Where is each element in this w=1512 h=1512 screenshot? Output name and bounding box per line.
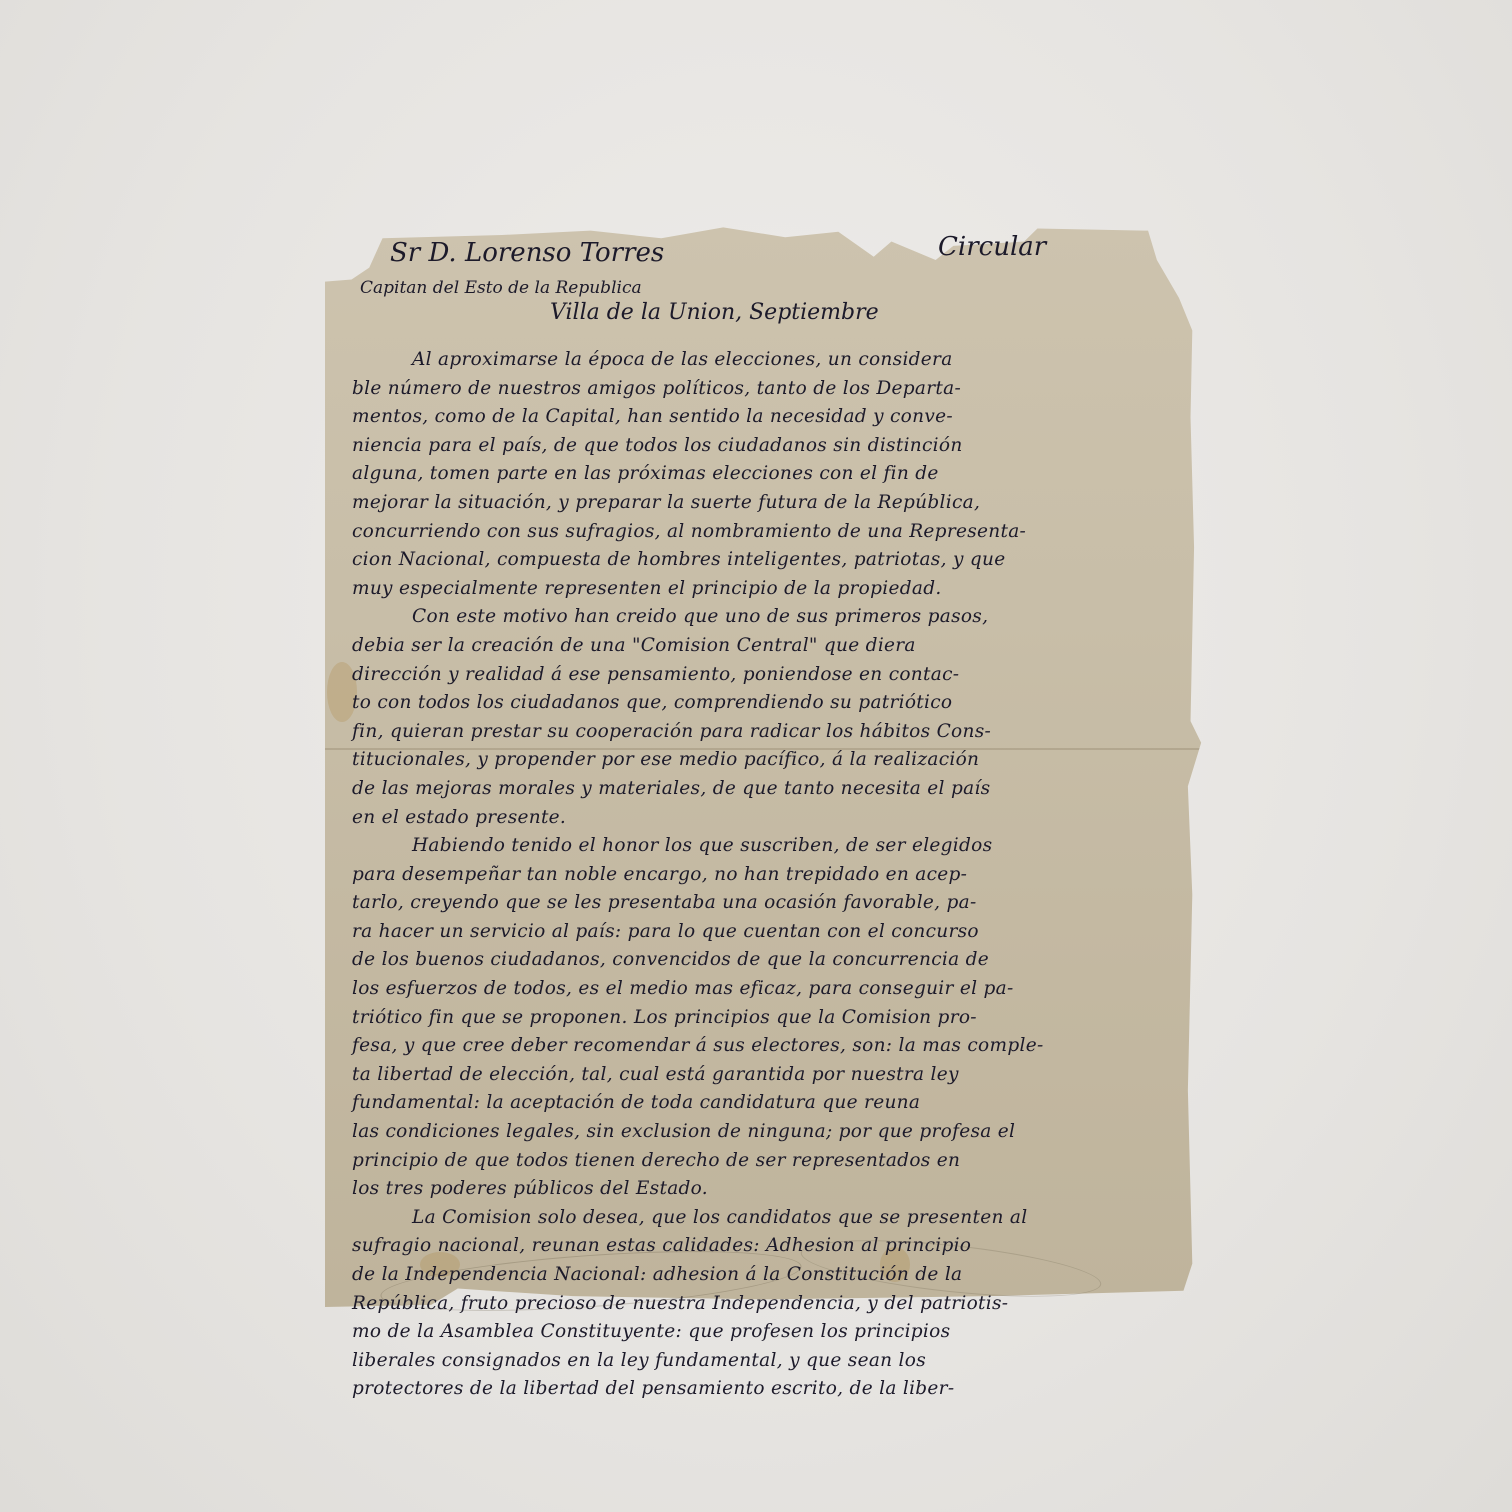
body-line: protectores de la libertad del pensamien…	[352, 1375, 1202, 1404]
body-line: de los buenos ciudadanos, convencidos de…	[352, 946, 1202, 975]
body-line: titucionales, y propender por ese medio …	[352, 746, 1202, 775]
body-line: concurriendo con sus sufragios, al nombr…	[352, 518, 1202, 547]
body-line: liberales consignados en la ley fundamen…	[352, 1347, 1202, 1376]
body-line: los esfuerzos de todos, es el medio mas …	[352, 975, 1202, 1004]
body-line: dirección y realidad á ese pensamiento, …	[352, 661, 1202, 690]
body-line: ra hacer un servicio al país: para lo qu…	[352, 918, 1202, 947]
body-line: Con este motivo han creido que uno de su…	[352, 603, 1202, 632]
body-line: mentos, como de la Capital, han sentido …	[352, 403, 1202, 432]
body-line: los tres poderes públicos del Estado.	[352, 1175, 1202, 1204]
place-date-line: Villa de la Union, Septiembre	[550, 300, 879, 325]
body-line: fesa, y que cree deber recomendar á sus …	[352, 1032, 1202, 1061]
body-line: mejorar la situación, y preparar la suer…	[352, 489, 1202, 518]
circular-label: Circular	[938, 232, 1046, 262]
body-line: de las mejoras morales y materiales, de …	[352, 775, 1202, 804]
addressee-name: Sr D. Lorenso Torres	[390, 238, 664, 268]
body-line: to con todos los ciudadanos que, compren…	[352, 689, 1202, 718]
body-line: niencia para el país, de que todos los c…	[352, 432, 1202, 461]
body-line: tarlo, creyendo que se les presentaba un…	[352, 889, 1202, 918]
body-line: debia ser la creación de una "Comision C…	[352, 632, 1202, 661]
body-line: principio de que todos tienen derecho de…	[352, 1147, 1202, 1176]
body-line: muy especialmente representen el princip…	[352, 575, 1202, 604]
body-line: ta libertad de elección, tal, cual está …	[352, 1061, 1202, 1090]
body-line: para desempeñar tan noble encargo, no ha…	[352, 861, 1202, 890]
body-line: alguna, tomen parte en las próximas elec…	[352, 460, 1202, 489]
body-line: Al aproximarse la época de las eleccione…	[352, 346, 1202, 375]
letter-body: Al aproximarse la época de las eleccione…	[352, 346, 1202, 1404]
body-line: cion Nacional, compuesta de hombres inte…	[352, 546, 1202, 575]
body-line: fundamental: la aceptación de toda candi…	[352, 1089, 1202, 1118]
body-line: triótico fin que se proponen. Los princi…	[352, 1004, 1202, 1033]
body-line: mo de la Asamblea Constituyente: que pro…	[352, 1318, 1202, 1347]
body-line: Habiendo tenido el honor los que suscrib…	[352, 832, 1202, 861]
addressee-title: Capitan del Esto de la Republica	[360, 278, 642, 298]
body-line: ble número de nuestros amigos políticos,…	[352, 375, 1202, 404]
body-line: fin, quieran prestar su cooperación para…	[352, 718, 1202, 747]
body-line: las condiciones legales, sin exclusion d…	[352, 1118, 1202, 1147]
body-line: en el estado presente.	[352, 804, 1202, 833]
body-line: La Comision solo desea, que los candidat…	[352, 1204, 1202, 1233]
